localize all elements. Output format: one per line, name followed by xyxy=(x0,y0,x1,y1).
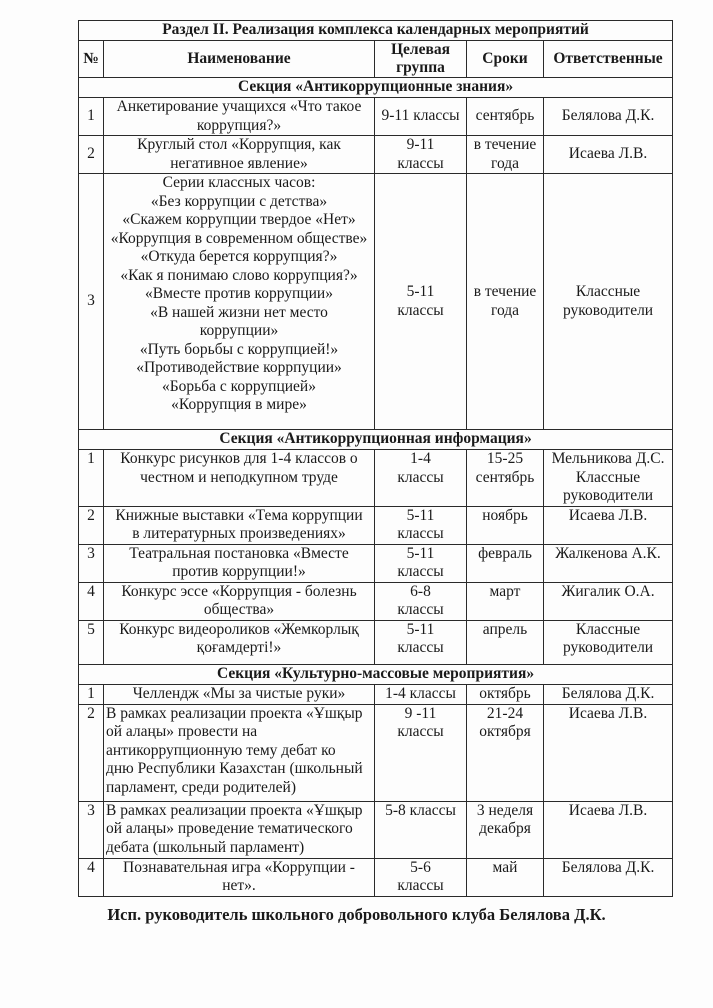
cell-dates: 15-25 сентябрь xyxy=(467,450,544,507)
cell-target: 5-6 классы xyxy=(375,858,467,896)
section-row: Секция «Антикоррупционные знания» xyxy=(79,78,673,98)
cell-name: Конкурс эссе «Коррупция - болезнь общест… xyxy=(104,582,375,620)
col-header-target: Целевая группа xyxy=(375,41,467,78)
cell-num: 1 xyxy=(79,98,104,136)
cell-num: 4 xyxy=(79,858,104,896)
col-header-num: № xyxy=(79,41,104,78)
table-row: 1Анкетирование учащихся «Что такое корру… xyxy=(79,98,673,136)
cell-num: 3 xyxy=(79,174,104,430)
cell-target: 9-11 классы xyxy=(375,98,467,136)
cell-dates: май xyxy=(467,858,544,896)
cell-responsible: Белялова Д.К. xyxy=(544,684,673,704)
cell-responsible: Жалкенова А.К. xyxy=(544,544,673,582)
section-row: Секция «Культурно-массовые мероприятия» xyxy=(79,664,673,684)
col-header-name: Наименование xyxy=(104,41,375,78)
cell-dates: ноябрь xyxy=(467,506,544,544)
cell-dates: в течение года xyxy=(467,174,544,430)
cell-target: 5-11 классы xyxy=(375,506,467,544)
section-title: Секция «Антикоррупционные знания» xyxy=(79,78,673,98)
cell-dates: октябрь xyxy=(467,684,544,704)
cell-num: 1 xyxy=(79,684,104,704)
table-row: 4Познавательная игра «Коррупции - нет».5… xyxy=(79,858,673,896)
cell-responsible: Классные руководители xyxy=(544,620,673,664)
table-body: Секция «Антикоррупционные знания»1Анкети… xyxy=(79,78,673,897)
cell-num: 4 xyxy=(79,582,104,620)
cell-name: Театральная постановка «Вместе против ко… xyxy=(104,544,375,582)
cell-dates: в течение года xyxy=(467,136,544,174)
cell-target: 5-8 классы xyxy=(375,801,467,858)
cell-target: 5-11 классы xyxy=(375,620,467,664)
cell-responsible: Исаева Л.В. xyxy=(544,506,673,544)
cell-dates: 3 неделя декабря xyxy=(467,801,544,858)
table-row: 5Конкурс видеороликов «Жемкорлық қоғамде… xyxy=(79,620,673,664)
cell-dates: апрель xyxy=(467,620,544,664)
cell-target: 6-8 классы xyxy=(375,582,467,620)
events-table: Раздел II. Реализация комплекса календар… xyxy=(78,20,673,897)
table-row: 4Конкурс эссе «Коррупция - болезнь общес… xyxy=(79,582,673,620)
cell-num: 3 xyxy=(79,801,104,858)
cell-dates: 21-24 октября xyxy=(467,704,544,801)
cell-name: Книжные выставки «Тема коррупции в литер… xyxy=(104,506,375,544)
cell-num: 1 xyxy=(79,450,104,507)
table-row: 2Книжные выставки «Тема коррупции в лите… xyxy=(79,506,673,544)
table-row: 2Круглый стол «Коррупция, как негативное… xyxy=(79,136,673,174)
cell-target: 9-11 классы xyxy=(375,136,467,174)
cell-dates: март xyxy=(467,582,544,620)
section-title: Секция «Антикоррупционная информация» xyxy=(79,430,673,450)
cell-responsible: Классные руководители xyxy=(544,174,673,430)
cell-num: 2 xyxy=(79,136,104,174)
cell-num: 5 xyxy=(79,620,104,664)
section-row: Секция «Антикоррупционная информация» xyxy=(79,430,673,450)
cell-num: 3 xyxy=(79,544,104,582)
footer-signature: Исп. руководитель школьного добровольног… xyxy=(0,905,713,925)
cell-name: Круглый стол «Коррупция, как негативное … xyxy=(104,136,375,174)
table-title: Раздел II. Реализация комплекса календар… xyxy=(79,21,673,41)
cell-dates: февраль xyxy=(467,544,544,582)
cell-name: Анкетирование учащихся «Что такое корруп… xyxy=(104,98,375,136)
cell-num: 2 xyxy=(79,506,104,544)
table-row: 2В рамках реализации проекта «Ұшқыр ой а… xyxy=(79,704,673,801)
cell-target: 9 -11 классы xyxy=(375,704,467,801)
cell-responsible: Жигалик О.А. xyxy=(544,582,673,620)
col-header-dates: Сроки xyxy=(467,41,544,78)
cell-responsible: Исаева Л.В. xyxy=(544,136,673,174)
cell-target: 5-11 классы xyxy=(375,544,467,582)
table-row: 1Челлендж «Мы за чистые руки»1-4 классыо… xyxy=(79,684,673,704)
table-row: 3Серии классных часов: «Без коррупции с … xyxy=(79,174,673,430)
cell-name: Челлендж «Мы за чистые руки» xyxy=(104,684,375,704)
cell-num: 2 xyxy=(79,704,104,801)
cell-responsible: Белялова Д.К. xyxy=(544,858,673,896)
cell-dates: сентябрь xyxy=(467,98,544,136)
cell-responsible: Белялова Д.К. xyxy=(544,98,673,136)
table-row: 3Театральная постановка «Вместе против к… xyxy=(79,544,673,582)
cell-name: В рамках реализации проекта «Ұшқыр ой ал… xyxy=(104,801,375,858)
cell-name: Конкурс видеороликов «Жемкорлық қоғамдер… xyxy=(104,620,375,664)
cell-name: Серии классных часов: «Без коррупции с д… xyxy=(104,174,375,430)
table-row: 3В рамках реализации проекта «Ұшқыр ой а… xyxy=(79,801,673,858)
cell-responsible: Мельникова Д.С. Классные руководители xyxy=(544,450,673,507)
cell-target: 1-4 классы xyxy=(375,684,467,704)
col-header-responsible: Ответственные xyxy=(544,41,673,78)
cell-responsible: Исаева Л.В. xyxy=(544,801,673,858)
cell-responsible: Исаева Л.В. xyxy=(544,704,673,801)
cell-name: Познавательная игра «Коррупции - нет». xyxy=(104,858,375,896)
cell-target: 5-11 классы xyxy=(375,174,467,430)
table-row: 1Конкурс рисунков для 1-4 классов о чест… xyxy=(79,450,673,507)
cell-name: В рамках реализации проекта «Ұшқыр ой ал… xyxy=(104,704,375,801)
cell-target: 1-4 классы xyxy=(375,450,467,507)
section-title: Секция «Культурно-массовые мероприятия» xyxy=(79,664,673,684)
cell-name: Конкурс рисунков для 1-4 классов о честн… xyxy=(104,450,375,507)
